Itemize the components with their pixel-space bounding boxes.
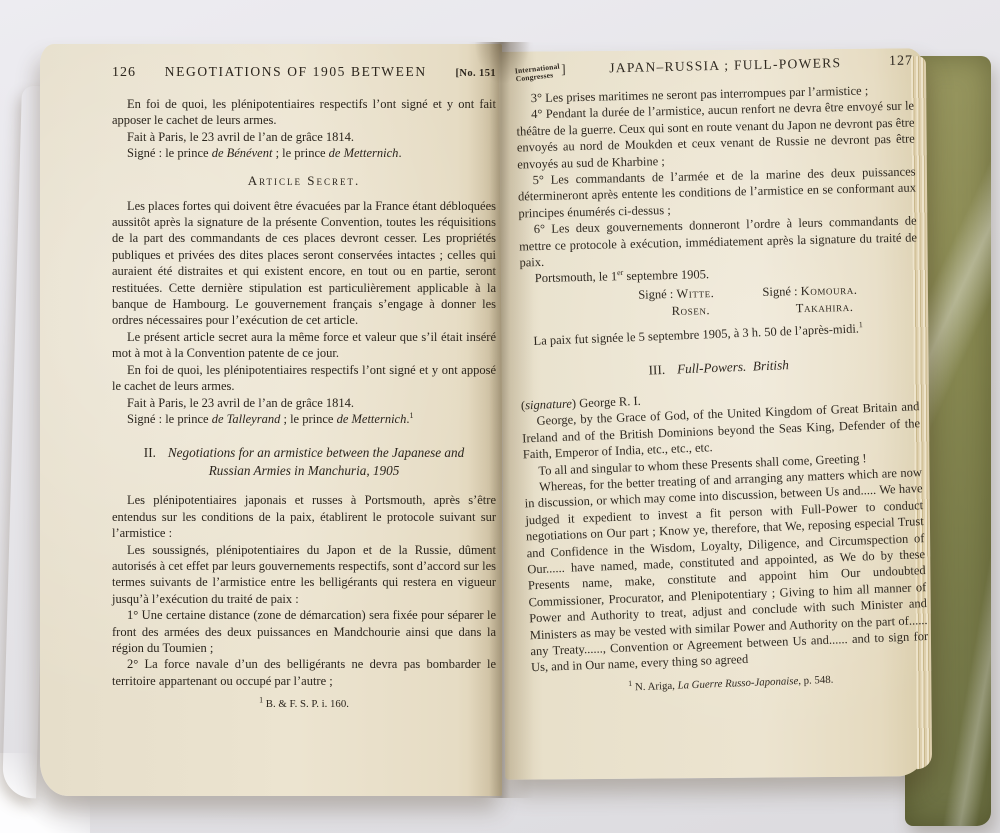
section-number: III. <box>648 362 665 378</box>
paragraph: Les soussignés, plénipotentiaires du Jap… <box>112 542 496 608</box>
paragraph: 6° Les deux gouvernements donneront l’or… <box>519 213 918 271</box>
section-heading-iii: III.Full-Powers. British <box>534 352 904 384</box>
right-running-title: JAPAN–RUSSIA ; FULL-POWERS <box>569 54 881 77</box>
paragraph: Whereas, for the better treating of and … <box>524 464 929 676</box>
left-footnote: 1 B. & F. S. P. i. 160. <box>112 698 496 710</box>
paragraph: Les plénipotentiaires japonais et russes… <box>112 492 496 541</box>
section-title: Full-Powers. <box>677 359 747 377</box>
left-ref-number: [No. 151 <box>455 68 496 79</box>
signatory-rosen: Rosen. <box>671 304 710 319</box>
left-page-number: 126 <box>112 65 136 81</box>
paragraph: Signé : le prince de Bénévent ; le princ… <box>112 145 496 161</box>
signature-column-russia: Signé : Witte. Rosen. <box>638 285 715 322</box>
section-subtitle: British <box>753 357 789 373</box>
paragraph: 5° Les commandants de l’armée et de la m… <box>517 163 916 221</box>
library-stamp: International Congresses <box>514 63 561 84</box>
paragraph: La paix fut signée le 5 septembre 1905, … <box>518 318 916 350</box>
section-heading-article-secret: Article Secret. <box>112 173 496 189</box>
signature-column-japan: Signé : Komoura. Takahira. <box>762 282 858 319</box>
signatory-takahira: Takahira. <box>796 300 854 315</box>
paragraph: 1° Une certaine distance (zone de démarc… <box>112 607 496 656</box>
signatory-witte: Witte. <box>676 286 714 301</box>
header-bracket: ] <box>561 61 566 77</box>
section-title: Negotiations for an armistice between th… <box>168 445 464 478</box>
signatory-komoura: Komoura. <box>800 283 857 298</box>
paragraph: Fait à Paris, le 23 avril de l’an de grâ… <box>112 129 496 145</box>
photo-background: 126 NEGOTIATIONS OF 1905 BETWEEN [No. 15… <box>0 0 1000 833</box>
paragraph: Signé : le prince de Talleyrand ; le pri… <box>112 411 496 427</box>
left-page-header: 126 NEGOTIATIONS OF 1905 BETWEEN [No. 15… <box>112 64 496 81</box>
paragraph: Les places fortes qui doivent être évacu… <box>112 198 496 329</box>
left-running-title: NEGOTIATIONS OF 1905 BETWEEN <box>136 64 455 80</box>
paragraph: 4° Pendant la durée de l’armistice, aucu… <box>516 98 915 173</box>
paragraph: Fait à Paris, le 23 avril de l’an de grâ… <box>112 395 496 411</box>
right-page-header: International Congresses ] JAPAN–RUSSIA … <box>515 53 913 81</box>
section-heading-ii: II.Negotiations for an armistice between… <box>126 444 482 479</box>
paragraph: En foi de quoi, les plénipotentiaires re… <box>112 96 496 129</box>
paragraph: 2° La force navale d’un des belligérants… <box>112 656 496 689</box>
right-page-number: 127 <box>889 53 913 70</box>
signature-block: Signé : Witte. Rosen. Signé : Komoura. T… <box>638 280 919 321</box>
section-number: II. <box>144 445 156 460</box>
paragraph: En foi de quoi, les plénipotentiaires re… <box>112 362 496 395</box>
right-page: International Congresses ] JAPAN–RUSSIA … <box>499 48 931 780</box>
paragraph: Le présent article secret aura la même f… <box>112 329 496 362</box>
left-page: 126 NEGOTIATIONS OF 1905 BETWEEN [No. 15… <box>40 44 502 796</box>
